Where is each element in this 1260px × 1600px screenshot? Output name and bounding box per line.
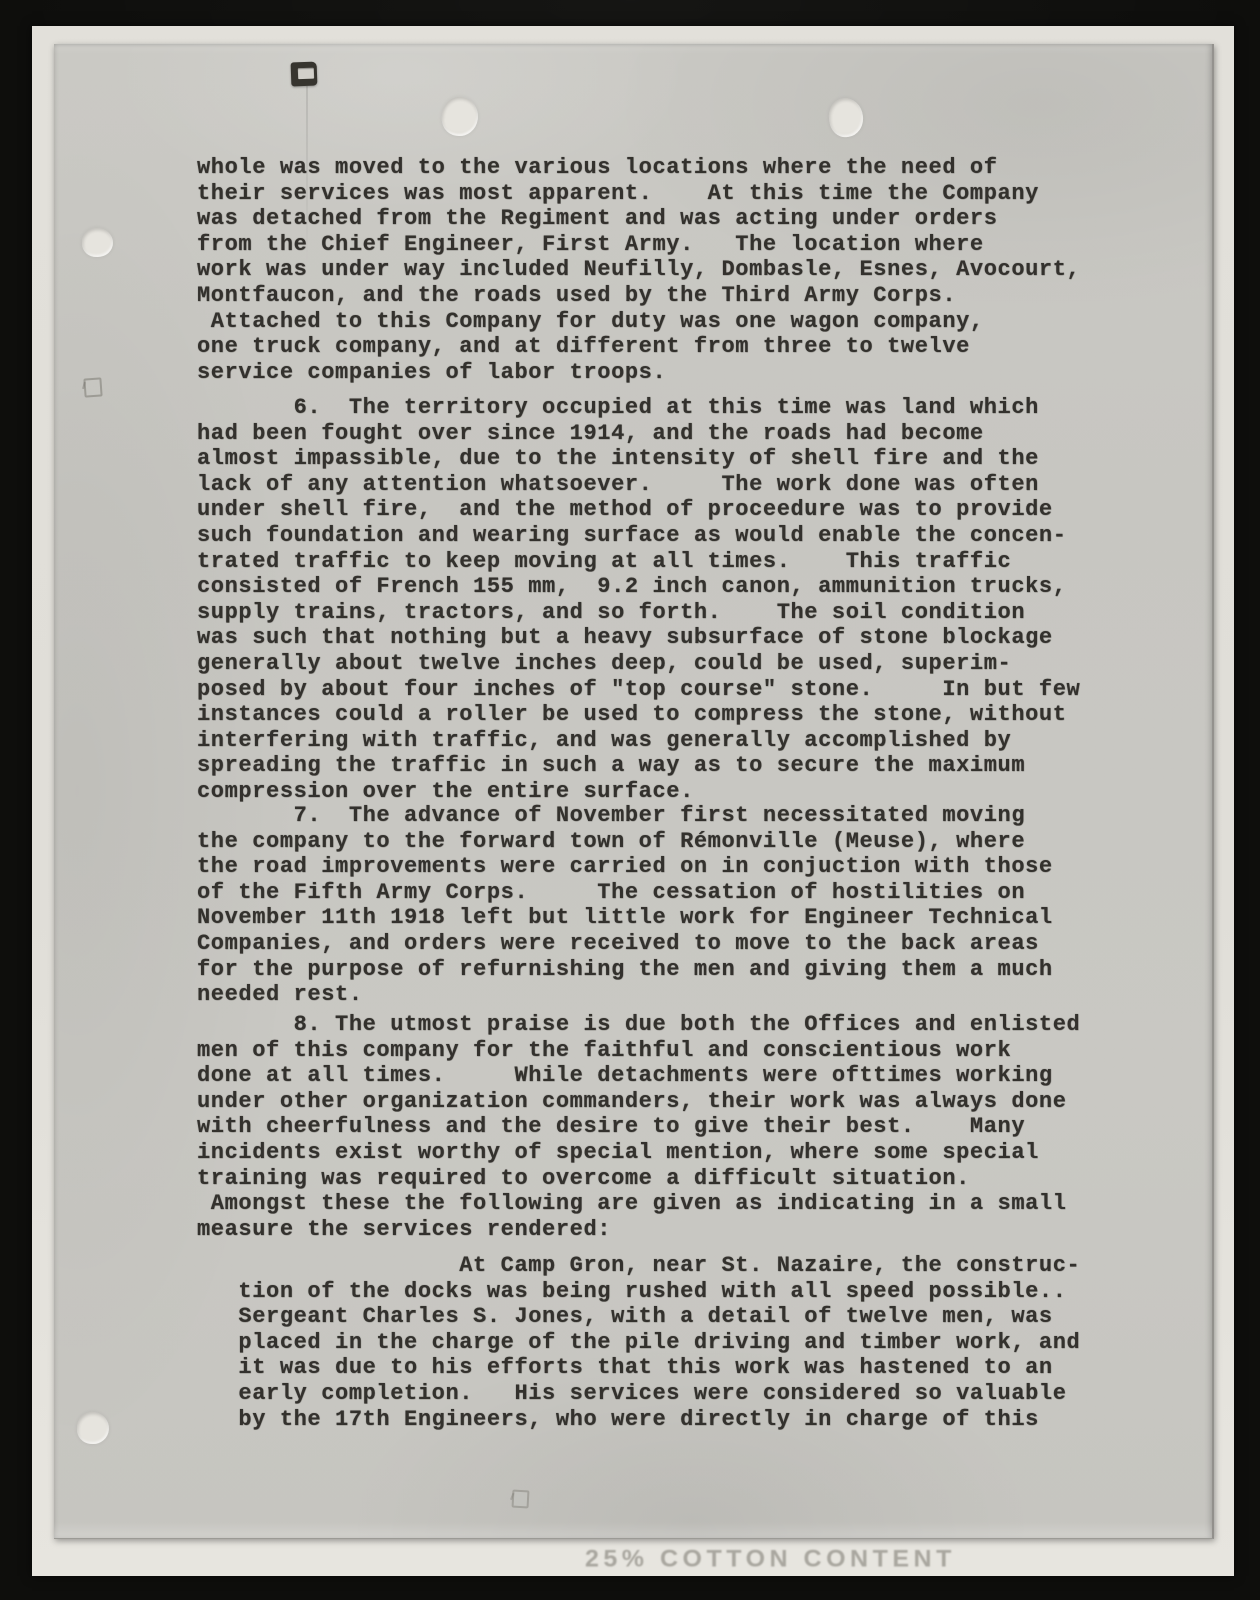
pencil-mark-left-margin (83, 377, 102, 397)
paragraph-item-7: 7. The advance of November first necessi… (197, 803, 1053, 1008)
paper-crease (306, 86, 308, 266)
staple-mark-highlight (298, 68, 314, 80)
typewritten-text: whole was moved to the various locations… (54, 44, 1212, 1538)
punch-hole-left-upper (82, 228, 113, 257)
scanner-background: 25% COTTON CONTENT whole was moved to th… (0, 0, 1260, 1600)
paragraph-item-8: 8. The utmost praise is due both the Off… (197, 1012, 1080, 1242)
paper-watermark: 25% COTTON CONTENT (585, 1546, 956, 1574)
paragraph-continuation: whole was moved to the various locations… (197, 155, 1080, 385)
paragraph-incident-camp-gron: At Camp Gron, near St. Nazaire, the cons… (197, 1253, 1080, 1432)
paragraph-item-6: 6. The territory occupied at this time w… (197, 395, 1080, 805)
pencil-mark-bottom (512, 1490, 530, 1509)
staple-mark (291, 62, 318, 87)
document-page: whole was moved to the various locations… (54, 44, 1214, 1539)
